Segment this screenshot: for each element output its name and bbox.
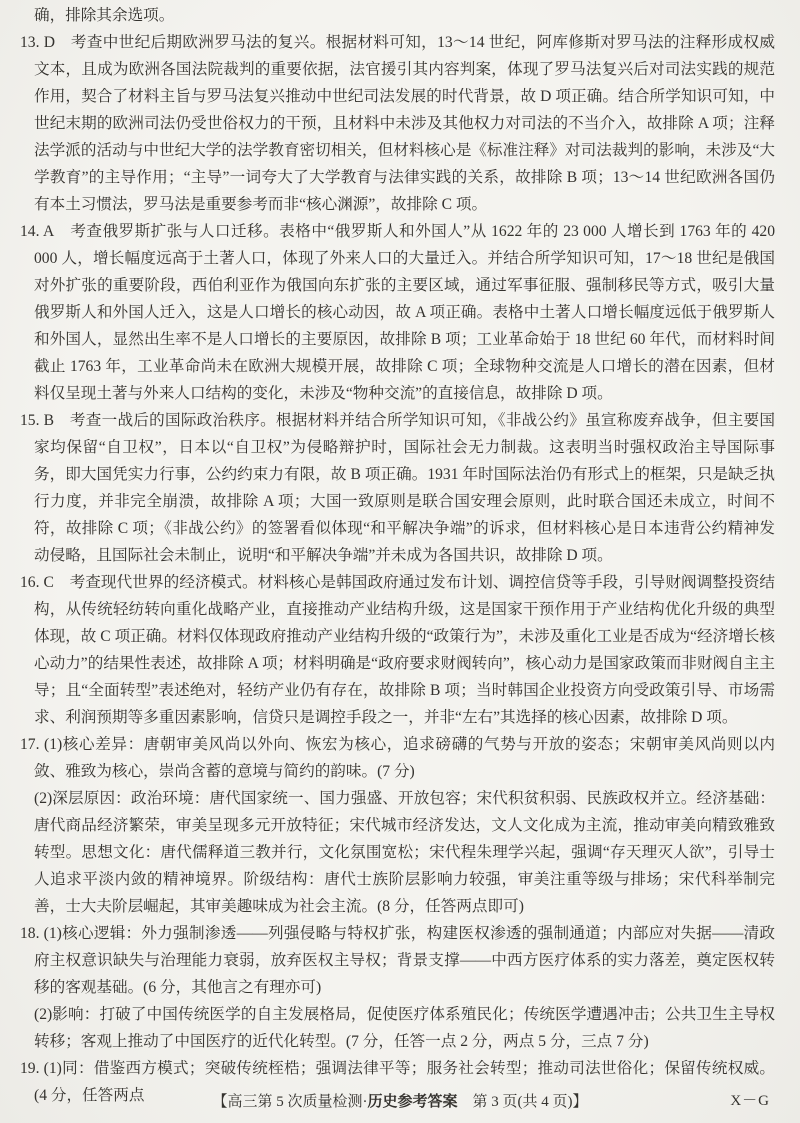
paper-code: X－G <box>730 1088 770 1115</box>
answer-item-13: 13. D 考查中世纪后期欧洲罗马法的复兴。根据材料可知，13～14 世纪，阿库… <box>20 29 775 218</box>
sub-answer-paragraph: (2)影响：打破了中国传统医学的自主发展格局，促使医疗体系殖民化；传统医学遭遇冲… <box>20 1001 775 1055</box>
item-text: 考查俄罗斯扩张与人口迁移。表格中“俄罗斯人和外国人”从 1622 年的 23 0… <box>34 223 775 402</box>
item-number: 14. A <box>20 223 70 240</box>
item-text: 确，排除其余选项。 <box>34 7 174 24</box>
item-text: (2)深层原因：政治环境：唐代国家统一、国力强盛、开放包容；宋代积贫积弱、民族政… <box>34 790 775 915</box>
answer-item-18: 18. (1)核心逻辑：外力强制渗透——列强侵略与特权扩张，构建医权渗透的强制通… <box>20 920 775 1001</box>
item-number: 15. B <box>20 412 70 429</box>
footer-title-prefix: 【高三第 5 次质量检测· <box>212 1094 367 1110</box>
answer-item-16: 16. C 考查现代世界的经济模式。材料核心是韩国政府通过发布计划、调控信贷等手… <box>20 569 775 731</box>
item-number: 17. <box>20 736 44 753</box>
item-text: 考查一战后的国际政治秩序。根据材料并结合所学知识可知，《非战公约》虽宣称废弃战争… <box>34 412 775 564</box>
item-text: 考查现代世界的经济模式。材料核心是韩国政府通过发布计划、调控信贷等手段，引导财阀… <box>34 574 775 726</box>
item-number: 13. D <box>20 34 71 51</box>
answer-item-15: 15. B 考查一战后的国际政治秩序。根据材料并结合所学知识可知，《非战公约》虽… <box>20 407 775 569</box>
sub-answer-paragraph: (2)深层原因：政治环境：唐代国家统一、国力强盛、开放包容；宋代积贫积弱、民族政… <box>20 785 775 920</box>
footer-title: 【高三第 5 次质量检测·历史参考答案 第 3 页(共 4 页)】 <box>212 1094 587 1110</box>
answer-item-14: 14. A 考查俄罗斯扩张与人口迁移。表格中“俄罗斯人和外国人”从 1622 年… <box>20 218 775 407</box>
footer-title-subject: 历史参考答案 <box>367 1093 457 1110</box>
answer-item-17: 17. (1)核心差异：唐朝审美风尚以外向、恢宏为核心，追求磅礴的气势与开放的姿… <box>20 731 775 785</box>
page-footer: 【高三第 5 次质量检测·历史参考答案 第 3 页(共 4 页)】 X－G <box>0 1088 800 1116</box>
footer-page-info: 第 3 页(共 4 页)】 <box>458 1094 588 1110</box>
item-number: 16. C <box>20 574 69 591</box>
item-text: (1)核心逻辑：外力强制渗透——列强侵略与特权扩张，构建医权渗透的强制通道；内部… <box>34 925 775 996</box>
item-number: 18. <box>20 925 44 942</box>
answers-list: 确，排除其余选项。13. D 考查中世纪后期欧洲罗马法的复兴。根据材料可知，13… <box>20 2 775 1109</box>
continuation-paragraph: 确，排除其余选项。 <box>20 2 775 29</box>
exam-answer-page: 确，排除其余选项。13. D 考查中世纪后期欧洲罗马法的复兴。根据材料可知，13… <box>0 0 800 1123</box>
item-number: 19. <box>20 1060 44 1077</box>
item-text: 考查中世纪后期欧洲罗马法的复兴。根据材料可知，13～14 世纪，阿库修斯对罗马法… <box>34 34 775 213</box>
item-text: (2)影响：打破了中国传统医学的自主发展格局，促使医疗体系殖民化；传统医学遭遇冲… <box>34 1006 775 1050</box>
item-text: (1)核心差异：唐朝审美风尚以外向、恢宏为核心，追求磅礴的气势与开放的姿态；宋朝… <box>34 736 775 780</box>
